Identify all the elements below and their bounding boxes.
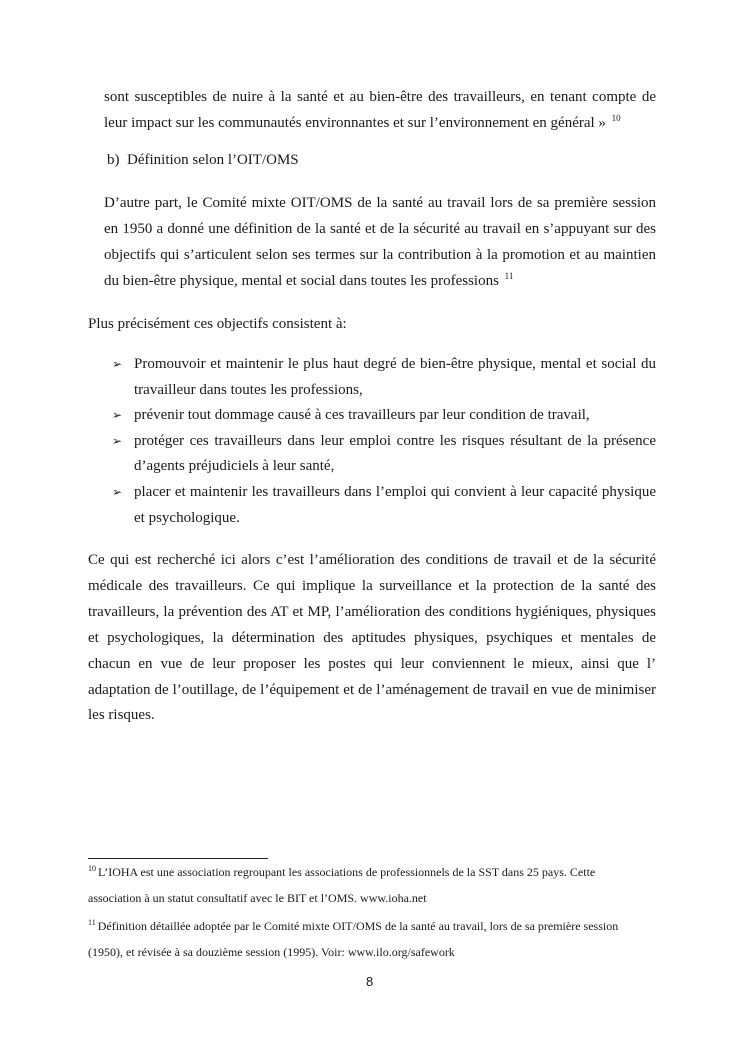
footnote-ref-10[interactable]: 10 (612, 113, 621, 123)
footnote-number: 11 (88, 918, 96, 927)
arrow-bullet-icon: ➢ (112, 403, 122, 429)
arrow-bullet-icon: ➢ (112, 429, 122, 455)
section-heading-b: b) Définition selon l’OIT/OMS (107, 147, 299, 173)
objectives-list: ➢ Promouvoir et maintenir le plus haut d… (110, 352, 656, 531)
oit-paragraph: D’autre part, le Comité mixte OIT/OMS de… (104, 191, 656, 295)
quote-line-1: sont susceptibles de nuire à la santé et… (104, 85, 656, 111)
footnote-11: 11Définition détaillée adoptée par le Co… (88, 914, 648, 965)
quote-line-2: leur impact sur les communautés environn… (104, 111, 656, 137)
quote-continuation: sont susceptibles de nuire à la santé et… (104, 85, 656, 137)
objectives-intro: Plus précisément ces objectifs consisten… (88, 311, 347, 337)
list-item: ➢ placer et maintenir les travailleurs d… (110, 480, 656, 531)
list-item: ➢ protéger ces travailleurs dans leur em… (110, 429, 656, 480)
arrow-bullet-icon: ➢ (112, 352, 122, 378)
footnote-10: 10L’IOHA est une association regroupant … (88, 860, 648, 911)
document-page: sont susceptibles de nuire à la santé et… (0, 0, 745, 1053)
list-item: ➢ Promouvoir et maintenir le plus haut d… (110, 352, 656, 403)
footnote-number: 10 (88, 864, 96, 873)
list-item: ➢ prévenir tout dommage causé à ces trav… (110, 403, 656, 429)
oit-line-2: en 1950 a donné une définition de la san… (104, 217, 656, 243)
oit-line-3: objectifs qui s’articulent selon ses ter… (104, 243, 656, 269)
arrow-bullet-icon: ➢ (112, 480, 122, 506)
page-number: 8 (366, 974, 373, 989)
footnote-separator (88, 858, 268, 859)
conclusion-paragraph: Ce qui est recherché ici alors c’est l’a… (88, 548, 656, 729)
footnote-ref-11[interactable]: 11 (505, 271, 514, 281)
oit-line-4: du bien-être physique, mental et social … (104, 269, 656, 295)
oit-line-1: D’autre part, le Comité mixte OIT/OMS de… (104, 191, 656, 217)
